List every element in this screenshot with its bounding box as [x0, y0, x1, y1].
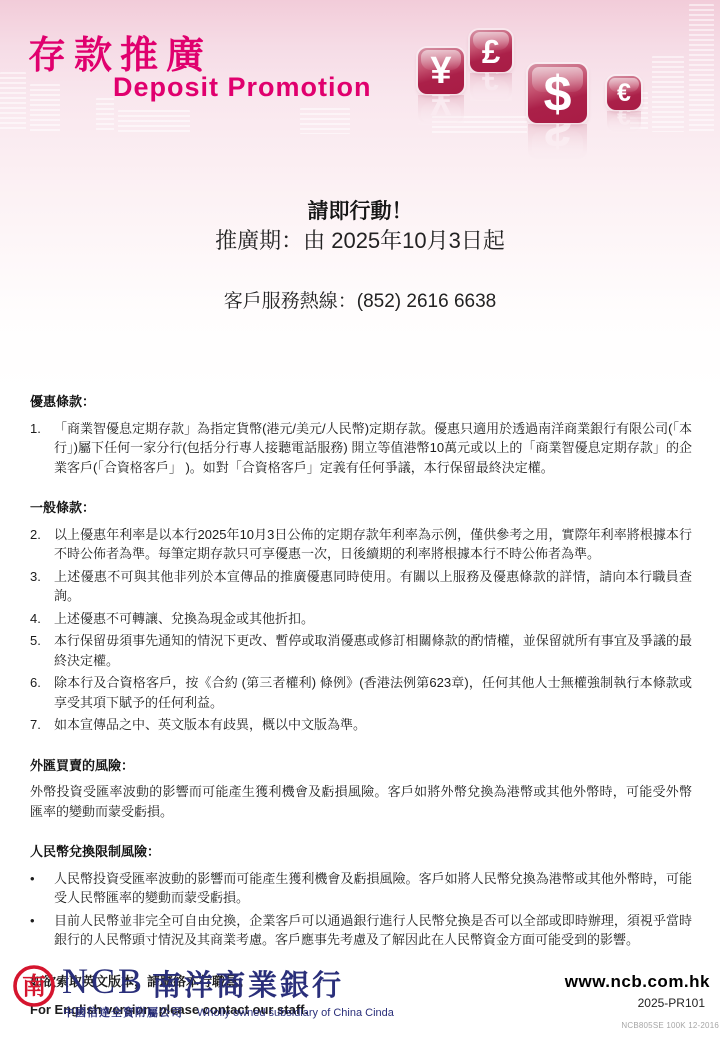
bullet-text: 目前人民幣並非完全可自由兌換，企業客戶可以通過銀行進行人民幣兌換是否可以全部或即…: [54, 911, 692, 950]
svg-text:南: 南: [22, 972, 46, 1000]
general-term-item: 6. 除本行及合資格客戶，按《合約 (第三者權利) 條例》(香港法例第623章)…: [30, 673, 692, 712]
terms-section: 優惠條款： 1. 「商業智優息定期存款」為指定貨幣(港元/美元/人民幣)定期存款…: [30, 392, 692, 1020]
page-title-zh: 存款推廣: [28, 24, 212, 79]
skyline-building: [689, 4, 714, 132]
skyline-building: [118, 110, 190, 134]
general-term-item: 5. 本行保留毋須事先通知的情況下更改、暫停或取消優惠或修訂相關條款的酌情權，並…: [30, 631, 692, 670]
item-text: 本行保留毋須事先通知的情況下更改、暫停或取消優惠或修訂相關條款的酌情權，並保留就…: [54, 631, 692, 670]
subsidiary-line: 中國信達全資附屬公司Wholly owned subsidiary of Chi…: [63, 1004, 394, 1020]
skyline-building: [30, 84, 60, 132]
bank-name-zh: 南洋商業銀行: [152, 963, 344, 1004]
skyline-building: [652, 56, 684, 132]
bullet-text: 人民幣投資受匯率波動的影響而可能產生獲利機會及虧損風險。客戶如將人民幣兌換為港幣…: [54, 869, 692, 908]
offer-term-item: 1. 「商業智優息定期存款」為指定貨幣(港元/美元/人民幣)定期存款。優惠只適用…: [30, 419, 692, 478]
bullet-mark: •: [30, 869, 54, 908]
subsidiary-zh: 中國信達全資附屬公司: [63, 1007, 183, 1019]
yen-icon: ¥: [418, 48, 464, 94]
fx-risk-heading: 外匯買賣的風險：: [30, 756, 692, 776]
page-title-en: Deposit Promotion: [113, 72, 372, 103]
rmb-risk-heading: 人民幣兌換限制風險：: [30, 842, 692, 862]
item-number: 5.: [30, 631, 54, 670]
offer-terms-heading: 優惠條款：: [30, 392, 692, 412]
bank-seal-icon: 南: [12, 964, 56, 1008]
item-number: 4.: [30, 609, 54, 629]
item-number: 7.: [30, 715, 54, 735]
general-term-item: 3. 上述優惠不可與其他非列於本宣傳品的推廣優惠同時使用。有關以上服務及優惠條款…: [30, 567, 692, 606]
skyline-building: [432, 116, 527, 136]
general-term-item: 2. 以上優惠年利率是以本行2025年10月3日公佈的定期存款年利率為示例，僅供…: [30, 525, 692, 564]
promotion-period: 推廣期：由 2025年10月3日起: [0, 224, 720, 255]
pound-icon: £: [470, 30, 512, 72]
flyer-page: 存款推廣 Deposit Promotion ¥ £ $ € ¥ £ $ € 請…: [0, 0, 720, 1040]
rmb-risk-bullet: • 人民幣投資受匯率波動的影響而可能產生獲利機會及虧損風險。客戶如將人民幣兌換為…: [30, 869, 692, 908]
dollar-icon: $: [528, 64, 587, 123]
bank-abbr: NCB: [62, 960, 145, 1002]
footer-right: www.ncb.com.hk 2025-PR101: [565, 972, 710, 1010]
item-number: 1.: [30, 419, 54, 478]
print-code: NCB805SE 100K 12-2016: [621, 1021, 719, 1030]
item-number: 6.: [30, 673, 54, 712]
euro-symbol: €: [617, 81, 631, 106]
bullet-mark: •: [30, 911, 54, 950]
bank-logo: 南 NCB 南洋商業銀行 中國信達全資附屬公司Wholly owned subs…: [12, 960, 392, 1024]
item-number: 3.: [30, 567, 54, 606]
item-text: 以上優惠年利率是以本行2025年10月3日公佈的定期存款年利率為示例，僅供參考之…: [54, 525, 692, 564]
rmb-risk-bullet: • 目前人民幣並非完全可自由兌換，企業客戶可以通過銀行進行人民幣兌換是否可以全部…: [30, 911, 692, 950]
item-text: 「商業智優息定期存款」為指定貨幣(港元/美元/人民幣)定期存款。優惠只適用於透過…: [54, 419, 692, 478]
skyline-building: [96, 98, 114, 132]
promo-ref-code: 2025-PR101: [565, 996, 710, 1010]
item-text: 上述優惠不可轉讓、兌換為現金或其他折扣。: [54, 609, 692, 629]
skyline-building: [300, 108, 350, 134]
item-number: 2.: [30, 525, 54, 564]
yen-symbol: ¥: [430, 52, 451, 90]
general-terms-heading: 一般條款：: [30, 498, 692, 518]
item-text: 除本行及合資格客戶，按《合約 (第三者權利) 條例》(香港法例第623章)，任何…: [54, 673, 692, 712]
skyline-building: [0, 72, 26, 132]
cta-act-now: 請即行動！: [0, 195, 720, 225]
item-text: 上述優惠不可與其他非列於本宣傳品的推廣優惠同時使用。有關以上服務及優惠條款的詳情…: [54, 567, 692, 606]
item-text: 如本宣傳品之中、英文版本有歧異，概以中文版為準。: [54, 715, 692, 735]
pound-symbol: £: [482, 35, 500, 68]
general-term-item: 4. 上述優惠不可轉讓、兌換為現金或其他折扣。: [30, 609, 692, 629]
dollar-symbol: $: [544, 69, 572, 119]
subsidiary-en: Wholly owned subsidiary of China Cinda: [197, 1007, 394, 1019]
general-term-item: 7. 如本宣傳品之中、英文版本有歧異，概以中文版為準。: [30, 715, 692, 735]
fx-risk-text: 外幣投資受匯率波動的影響而可能產生獲利機會及虧損風險。客戶如將外幣兌換為港幣或其…: [30, 782, 692, 821]
service-hotline: 客戶服務熱線：(852) 2616 6638: [0, 286, 720, 313]
euro-icon: €: [607, 76, 641, 110]
website-url: www.ncb.com.hk: [565, 972, 710, 992]
